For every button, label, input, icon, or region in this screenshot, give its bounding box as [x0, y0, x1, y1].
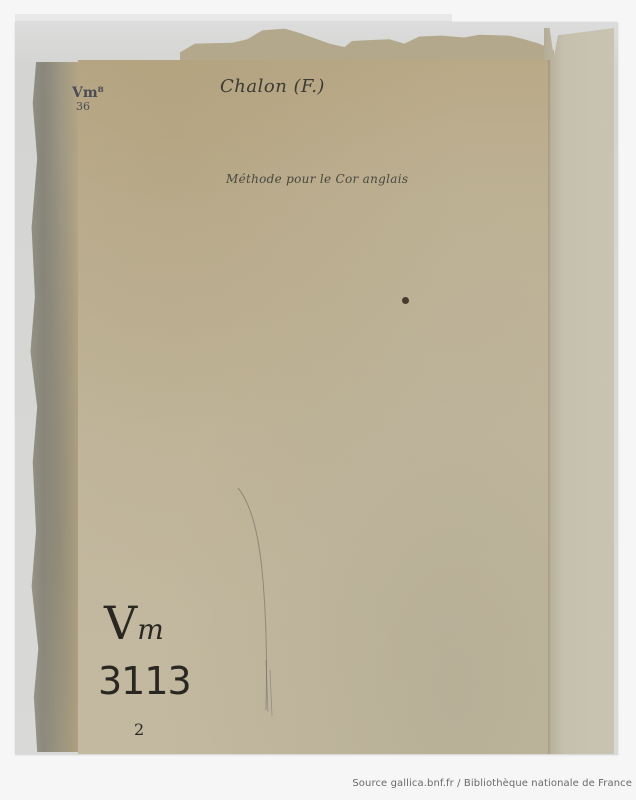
fold-line: [548, 60, 552, 754]
small-shelfmark-sub: 36: [76, 100, 104, 114]
author-inscription: Chalon (F.): [220, 76, 325, 97]
shelfmark-number: 3113: [98, 662, 191, 700]
pencil-mark: [236, 480, 276, 720]
right-flap: [544, 28, 614, 754]
shelfmark-prefix: Vm: [104, 600, 164, 653]
small-shelfmark: Vm⁸ 36: [72, 86, 104, 114]
shelfmark-volume: 2: [134, 720, 144, 739]
ink-stain: [402, 297, 409, 304]
source-credit: Source gallica.bnf.fr / Bibliothèque nat…: [352, 778, 632, 789]
shelfmark-m: m: [137, 613, 164, 646]
title-inscription: Méthode pour le Cor anglais: [226, 172, 408, 186]
small-shelfmark-main: Vm⁸: [72, 85, 104, 101]
shelfmark-v: V: [104, 596, 137, 650]
